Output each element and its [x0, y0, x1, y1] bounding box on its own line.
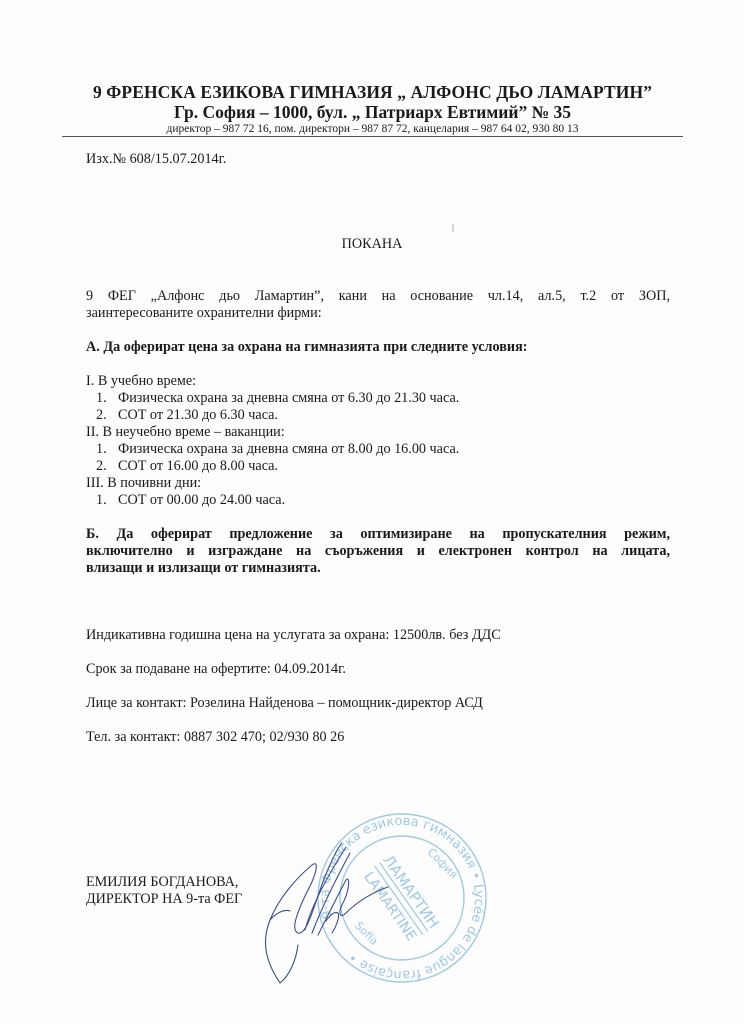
signatory-position: ДИРЕКТОР НА 9-та ФЕГ: [86, 891, 242, 908]
list-item: Физическа охрана за дневна смяна от 8.00…: [118, 441, 459, 458]
list-number: 1.: [96, 441, 107, 458]
school-name: 9 ФРЕНСКА ЕЗИКОВА ГИМНАЗИЯ „ АЛФОНС ДЬО …: [62, 82, 683, 102]
signatory-name: ЕМИЛИЯ БОГДАНОВА,: [86, 874, 238, 891]
group-label: I. В учебно време:: [86, 373, 196, 390]
letterhead: 9 ФРЕНСКА ЕЗИКОВА ГИМНАЗИЯ „ АЛФОНС ДЬО …: [62, 82, 683, 137]
list-item: СОТ от 16.00 до 8.00 часа.: [118, 458, 278, 475]
indicative-price: Индикативна годишна цена на услугата за …: [86, 627, 501, 644]
document-title: ПОКАНА: [0, 236, 744, 253]
section-b-line-1: Б. Да оферират предложение за оптимизира…: [86, 526, 670, 543]
list-item: СОТ от 00.00 до 24.00 часа.: [118, 492, 285, 509]
list-number: 1.: [96, 390, 107, 407]
signature-icon: [250, 835, 390, 985]
submission-deadline: Срок за подаване на офертите: 04.09.2014…: [86, 661, 346, 678]
scan-artifact: [452, 224, 454, 232]
section-a-heading: А. Да оферират цена за охрана на гимнази…: [86, 339, 528, 356]
contact-person: Лице за контакт: Розелина Найденова – по…: [86, 695, 483, 712]
list-number: 1.: [96, 492, 107, 509]
intro-line-1: 9 ФЕГ „Алфонс дьо Ламартин”, кани на осн…: [86, 288, 670, 305]
list-number: 2.: [96, 407, 107, 424]
header-divider: [62, 136, 683, 137]
school-address: Гр. София – 1000, бул. „ Патриарх Евтими…: [62, 102, 683, 122]
contact-phone: Тел. за контакт: 0887 302 470; 02/930 80…: [86, 729, 344, 746]
group-label: II. В неучебно време – ваканции:: [86, 424, 285, 441]
section-b-line-3: влизащи и излизащи от гимназията.: [86, 560, 321, 577]
list-number: 2.: [96, 458, 107, 475]
reference-number: Изх.№ 608/15.07.2014г.: [86, 151, 226, 168]
school-phones: директор – 987 72 16, пом. директори – 9…: [62, 122, 683, 137]
list-item: СОТ от 21.30 до 6.30 часа.: [118, 407, 278, 424]
document-page: 9 ФРЕНСКА ЕЗИКОВА ГИМНАЗИЯ „ АЛФОНС ДЬО …: [0, 0, 744, 1024]
intro-line-2: заинтересованите охранителни фирми:: [86, 305, 322, 322]
group-label: III. В почивни дни:: [86, 475, 201, 492]
list-item: Физическа охрана за дневна смяна от 6.30…: [118, 390, 459, 407]
section-b-line-2: включително и изграждане на съоръжения и…: [86, 543, 670, 560]
